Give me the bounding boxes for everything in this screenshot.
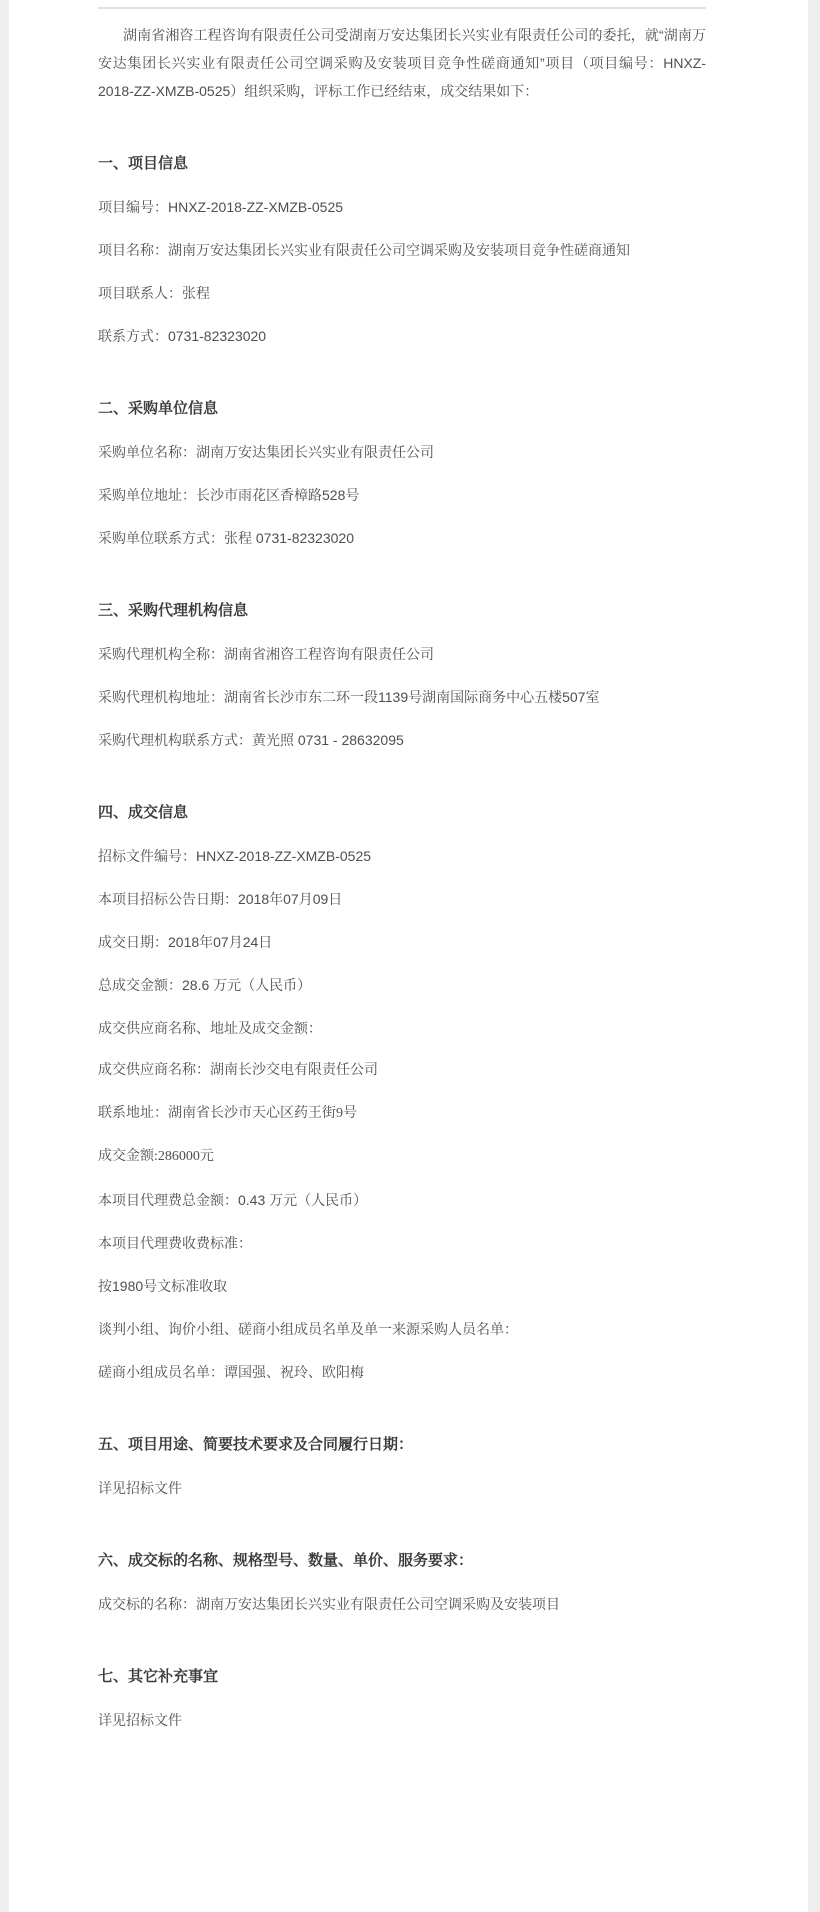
section-line: 联系地址：湖南省长沙市天心区药王街9号 — [98, 1100, 706, 1128]
section-line: 磋商小组成员名单：谭国强、祝玲、欧阳梅 — [98, 1358, 706, 1386]
announcement-article: 湖南省湘咨工程咨询有限责任公司受湖南万安达集团长兴实业有限责任公司的委托，就“湖… — [98, 0, 706, 1734]
top-divider — [98, 7, 706, 9]
section-line: 采购代理机构地址：湖南省长沙市东二环一段1139号湖南国际商务中心五楼507室 — [98, 683, 706, 711]
section-heading: 六、成交标的名称、规格型号、数量、单价、服务要求： — [98, 1547, 706, 1575]
section-line: 本项目代理费总金额：0.43 万元（人民币） — [98, 1186, 706, 1214]
section-heading: 二、采购单位信息 — [98, 395, 706, 423]
section-line: 详见招标文件 — [98, 1706, 706, 1734]
section-line: 谈判小组、询价小组、磋商小组成员名单及单一来源采购人员名单： — [98, 1315, 706, 1343]
section-heading: 三、采购代理机构信息 — [98, 597, 706, 625]
section-line: 本项目招标公告日期：2018年07月09日 — [98, 885, 706, 913]
section-line: 成交标的名称：湖南万安达集团长兴实业有限责任公司空调采购及安装项目 — [98, 1590, 706, 1618]
section-line: 采购代理机构联系方式：黄光照 0731 - 28632095 — [98, 726, 706, 754]
section-line: 项目名称：湖南万安达集团长兴实业有限责任公司空调采购及安装项目竞争性磋商通知 — [98, 236, 706, 264]
section-line: 采购单位联系方式：张程 0731-82323020 — [98, 524, 706, 552]
section-line: 详见招标文件 — [98, 1474, 706, 1502]
section-line: 成交金额:286000元 — [98, 1143, 706, 1171]
section-line: 项目编号：HNXZ-2018-ZZ-XMZB-0525 — [98, 193, 706, 221]
section-heading: 五、项目用途、简要技术要求及合同履行日期： — [98, 1431, 706, 1459]
section-heading: 一、项目信息 — [98, 150, 706, 178]
section-line: 本项目代理费收费标准： — [98, 1229, 706, 1257]
sections-container: 一、项目信息项目编号：HNXZ-2018-ZZ-XMZB-0525项目名称：湖南… — [98, 150, 706, 1734]
section-line: 采购代理机构全称：湖南省湘咨工程咨询有限责任公司 — [98, 640, 706, 668]
page-background: { "page": { "background_color": "#eeeeee… — [0, 0, 820, 1912]
section-line: 项目联系人：张程 — [98, 279, 706, 307]
section-line: 成交供应商名称、地址及成交金额： — [98, 1014, 706, 1042]
section-heading: 四、成交信息 — [98, 799, 706, 827]
section-line: 联系方式：0731-82323020 — [98, 322, 706, 350]
section-line: 采购单位地址：长沙市雨花区香樟路528号 — [98, 481, 706, 509]
section-line: 按1980号文标准收取 — [98, 1272, 706, 1300]
section-line: 成交日期：2018年07月24日 — [98, 928, 706, 956]
section-line: 采购单位名称：湖南万安达集团长兴实业有限责任公司 — [98, 438, 706, 466]
content-card: 湖南省湘咨工程咨询有限责任公司受湖南万安达集团长兴实业有限责任公司的委托，就“湖… — [9, 0, 808, 1912]
section-line: 总成交金额：28.6 万元（人民币） — [98, 971, 706, 999]
intro-paragraph: 湖南省湘咨工程咨询有限责任公司受湖南万安达集团长兴实业有限责任公司的委托，就“湖… — [98, 21, 706, 105]
section-line: 招标文件编号：HNXZ-2018-ZZ-XMZB-0525 — [98, 842, 706, 870]
section-line: 成交供应商名称：湖南长沙交电有限责任公司 — [98, 1057, 706, 1085]
section-heading: 七、其它补充事宜 — [98, 1663, 706, 1691]
